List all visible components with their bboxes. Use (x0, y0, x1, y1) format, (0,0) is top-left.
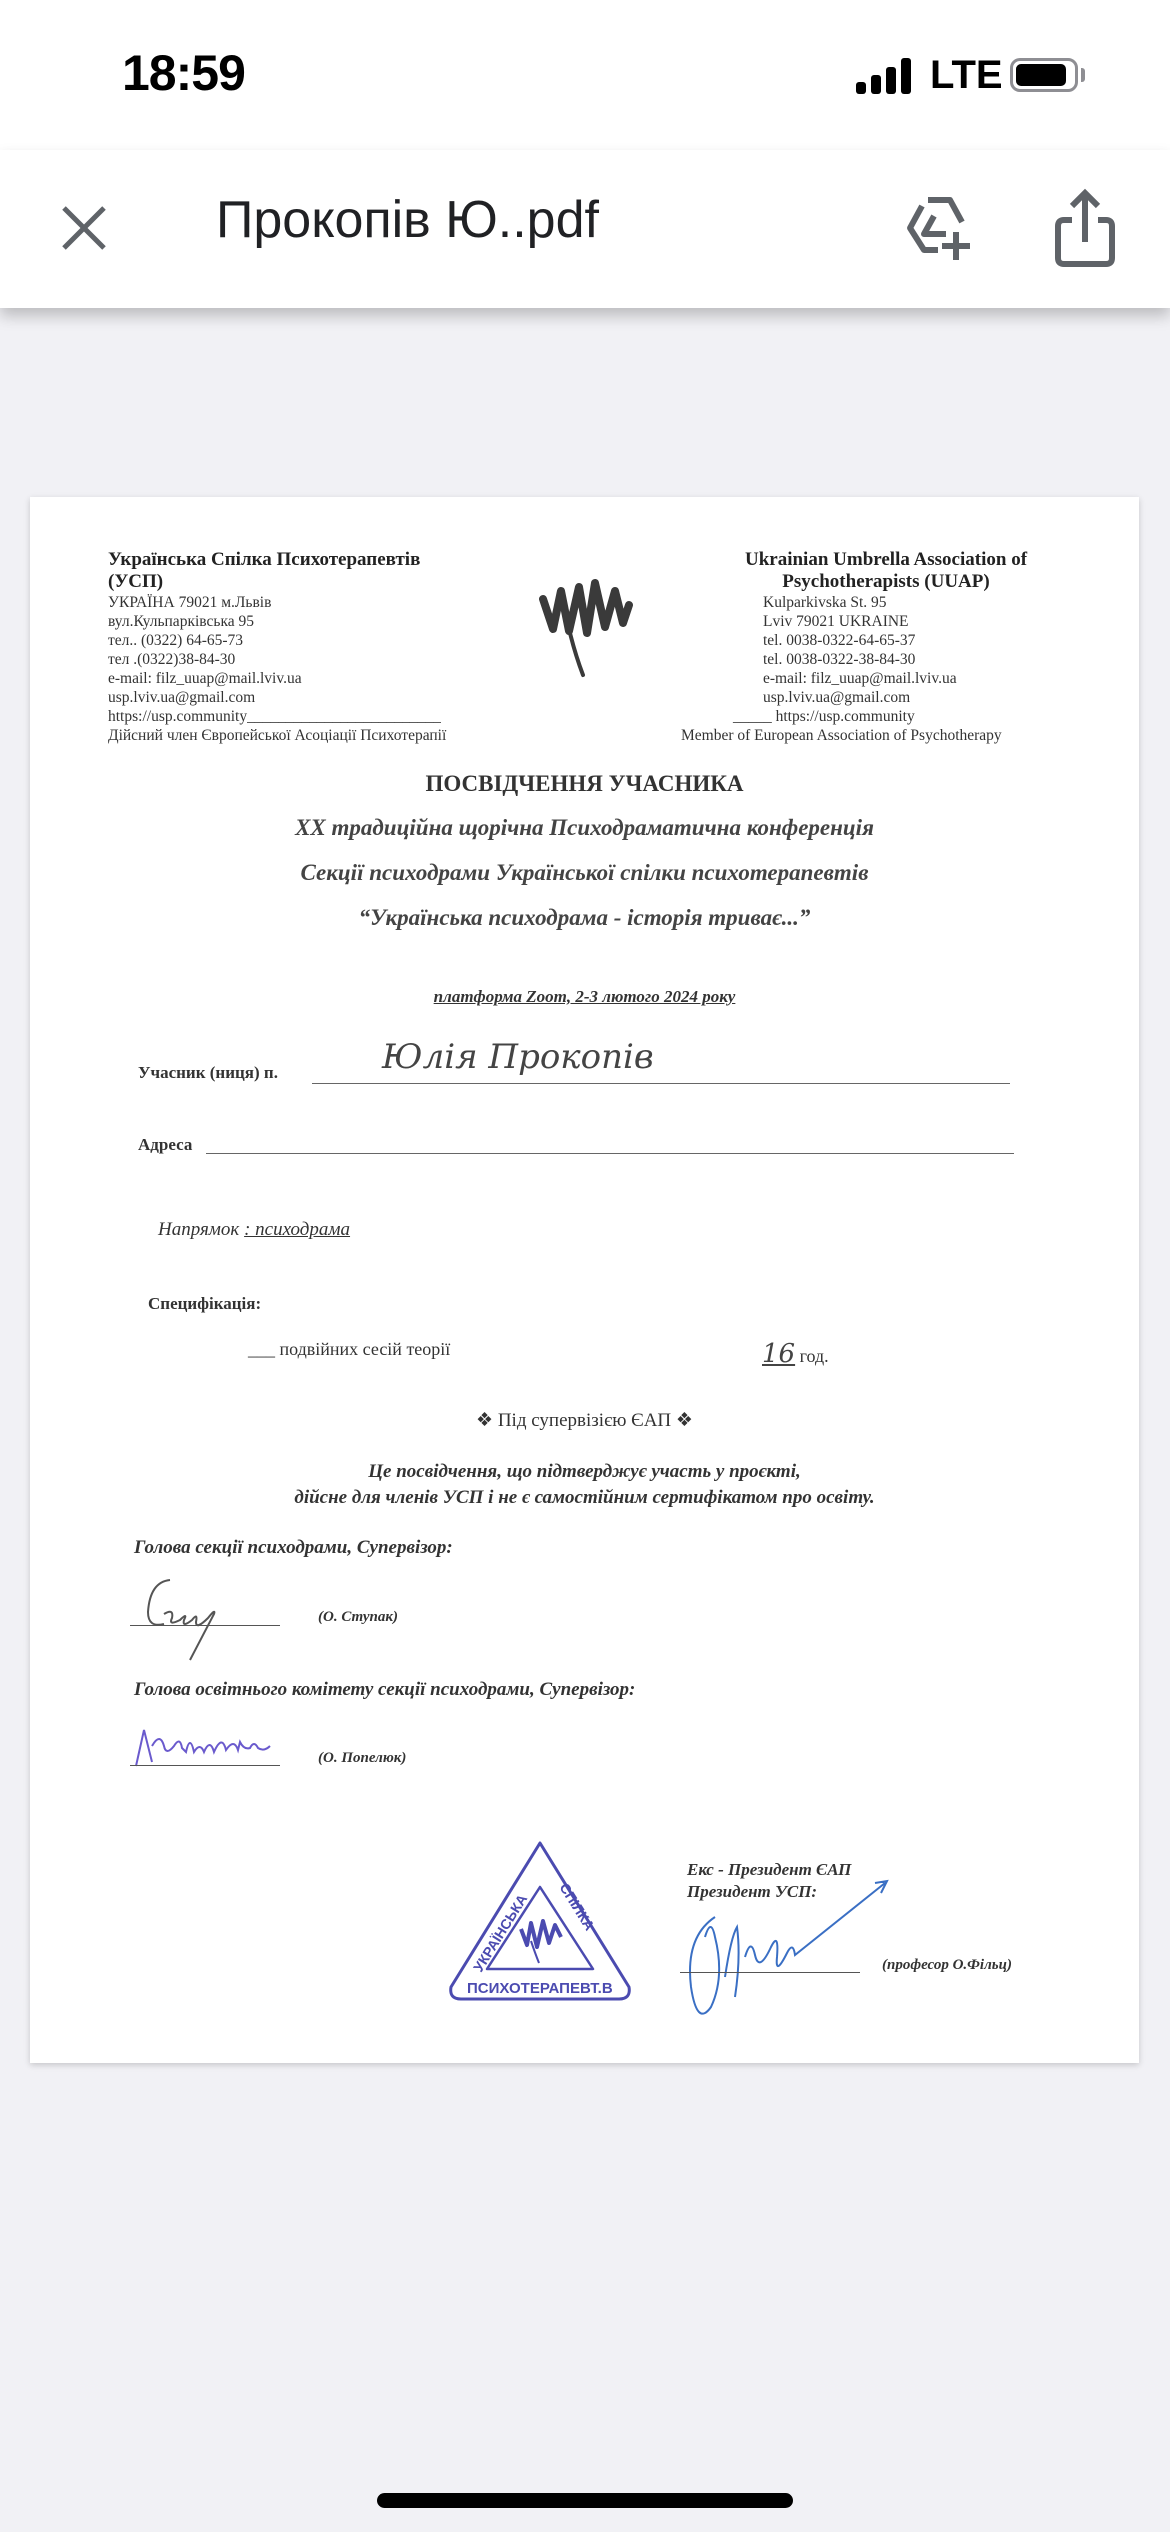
address-label: Адреса (138, 1135, 192, 1155)
org-left-block: Українська Спілка Психотерапевтів (УСП) … (108, 549, 508, 745)
org-right-line: Lviv 79021 UKRAINE (681, 612, 1061, 631)
spec-hours-row: 16 год. (762, 1339, 829, 1369)
conference-line: XX традиційна щорічна Психодраматична ко… (30, 815, 1139, 841)
org-right-line: Member of European Association of Psycho… (681, 726, 1061, 745)
signature-stupak-icon (130, 1572, 260, 1662)
share-button[interactable] (1050, 186, 1120, 270)
signature-line (680, 1972, 860, 1973)
battery-level (1016, 64, 1066, 86)
direction-label: Напрямок (158, 1219, 244, 1240)
signal-strength-icon (856, 58, 916, 94)
status-bar: 18:59 LTE (0, 0, 1170, 150)
org-left-line: тел.. (0322) 64-65-73 (108, 631, 508, 650)
add-to-drive-icon (900, 188, 980, 268)
spec-sessions-row: ___ подвійних сесій теорії (248, 1339, 450, 1360)
org-left-name: Українська Спілка Психотерапевтів (108, 549, 508, 571)
spec-hours-unit: год. (800, 1346, 829, 1366)
spec-label: Специфікація: (148, 1294, 261, 1314)
org-left-line: тел .(0322)38-84-30 (108, 650, 508, 669)
pdf-page[interactable]: Українська Спілка Психотерапевтів (УСП) … (30, 497, 1139, 2063)
signature-name: (професор О.Фільц) (882, 1957, 1012, 1974)
note-line: дійсне для членів УСП і не є самостійним… (30, 1485, 1139, 1511)
spec-sessions-text: подвійних сесій теорії (280, 1339, 451, 1359)
usp-logo-icon (535, 569, 635, 679)
org-left-line: УКРАЇНА 79021 м.Львів (108, 593, 508, 612)
add-to-drive-button[interactable] (900, 188, 980, 268)
org-right-line: tel. 0038-0322-38-84-30 (681, 650, 1061, 669)
participant-label: Учасник (ниця) п. (138, 1063, 278, 1083)
network-type: LTE (930, 53, 1003, 98)
document-title: Прокопів Ю..pdf (216, 190, 599, 250)
participant-name-handwritten: Юлія Прокопів (382, 1037, 654, 1077)
platform-date: платформа Zoom, 2-3 лютого 2024 року (30, 987, 1139, 1007)
conference-line: Секції психодрами Української спілки пси… (30, 860, 1139, 886)
signature-heading: Голова освітнього комітету секції психод… (134, 1679, 635, 1701)
spec-hours-value: 16 (762, 1339, 795, 1369)
spec-sessions-blank: ___ (248, 1339, 275, 1359)
org-left-line: https://usp.community___________________… (108, 707, 508, 726)
stamp-text-bottom: ПСИХОТЕРАПЕВТ.В (467, 1980, 613, 1997)
signature-line (130, 1625, 280, 1626)
org-left-line: usp.lviv.ua@gmail.com (108, 688, 508, 707)
signature-name: (О. Ступак) (318, 1609, 398, 1626)
org-left-line: e-mail: filz_uuap@mail.lviv.ua (108, 669, 508, 688)
org-left-line: вул.Кульпарківська 95 (108, 612, 508, 631)
close-icon (52, 196, 116, 260)
app-header: Прокопів Ю..pdf (0, 150, 1170, 308)
direction-value: : психодрама (244, 1219, 350, 1240)
organization-stamp-icon: УКРАЇНСЬКА СПІЛКА ПСИХОТЕРАПЕВТ.В (445, 1837, 635, 2007)
stamp-text-right: СПІЛКА (556, 1880, 597, 1933)
status-time: 18:59 (122, 44, 245, 102)
org-left-abbr: (УСП) (108, 571, 508, 593)
direction-row: Напрямок : психодрама (158, 1219, 350, 1241)
signature-heading: Голова секції психодрами, Супервізор: (134, 1537, 453, 1559)
participant-line (312, 1083, 1010, 1084)
address-line (206, 1153, 1014, 1154)
supervision-text: ❖ Під супервізією ЄАП ❖ (30, 1409, 1139, 1432)
org-left-line: Дійсний член Європейської Асоціації Псих… (108, 726, 508, 745)
battery-icon (1010, 58, 1078, 92)
signature-filts-icon (675, 1877, 915, 2027)
signature-name: (О. Попелюк) (318, 1750, 406, 1767)
org-right-line: e-mail: filz_uuap@mail.lviv.ua (681, 669, 1061, 688)
home-indicator[interactable] (377, 2493, 793, 2508)
org-right-block: Ukrainian Umbrella Association of Psycho… (681, 549, 1061, 745)
conference-line: “Українська психодрама - історія триває.… (30, 905, 1139, 931)
org-right-line: _____ https://usp.community (681, 707, 1061, 726)
share-icon (1050, 186, 1120, 270)
close-button[interactable] (52, 196, 116, 260)
note-line: Це посвідчення, що підтверджує участь у … (30, 1459, 1139, 1485)
org-right-line: tel. 0038-0322-64-65-37 (681, 631, 1061, 650)
org-right-line: Kulparkivska St. 95 (681, 593, 1061, 612)
certificate-note: Це посвідчення, що підтверджує участь у … (30, 1459, 1139, 1511)
org-right-name: Ukrainian Umbrella Association of (681, 549, 1061, 571)
org-right-abbr: Psychotherapists (UUAP) (681, 571, 1061, 593)
certificate-title: ПОСВІДЧЕННЯ УЧАСНИКА (30, 771, 1139, 797)
org-right-line: usp.lviv.ua@gmail.com (681, 688, 1061, 707)
signature-line (130, 1765, 280, 1766)
battery-nub (1081, 68, 1085, 82)
